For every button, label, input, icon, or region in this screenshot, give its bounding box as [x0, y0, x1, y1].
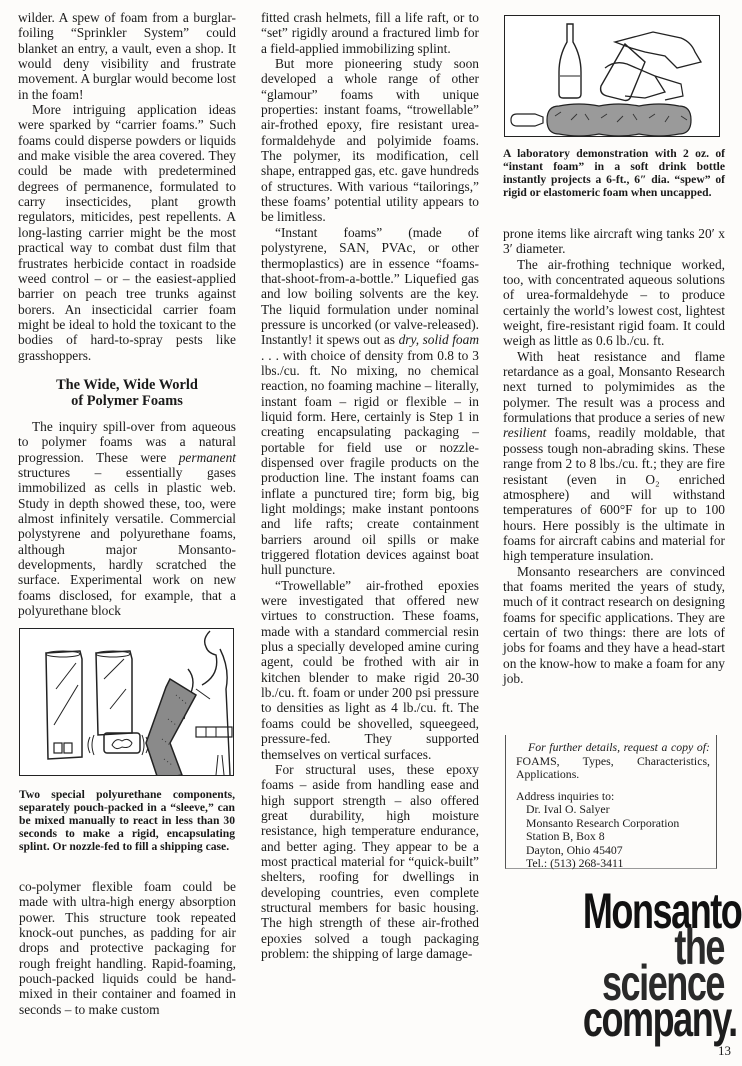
paragraph: The inquiry spill-over from aqueous to p… — [18, 419, 236, 618]
address-line: Tel.: (513) 268-3411 — [516, 857, 710, 871]
emphasis: permanent — [179, 450, 236, 465]
paragraph: With heat resistance and flame retardanc… — [503, 349, 725, 564]
figure-caption: Two special polyurethane components, sep… — [19, 789, 235, 854]
emphasis: dry, solid foam — [399, 332, 479, 347]
further-details-box: For further details, request a copy of: … — [505, 735, 717, 869]
column-3: prone items like aircraft wing tanks 20′… — [503, 226, 725, 686]
address-line: Monsanto Research Corporation — [516, 817, 710, 831]
paragraph: Monsanto researchers are convinced that … — [503, 564, 725, 687]
figure-splint-illustration — [19, 628, 234, 776]
heading-line-1: The Wide, Wide World — [56, 377, 198, 393]
paragraph: But more pioneering study soon developed… — [261, 56, 479, 225]
text: structures – essentially gases immobiliz… — [18, 465, 236, 618]
paragraph: fitted crash helmets, fill a life raft, … — [261, 10, 479, 56]
figure-instant-foam-bottle — [504, 15, 720, 137]
request-copy-text: For further details, request a copy of: … — [516, 741, 710, 782]
emphasis: resilient — [503, 425, 546, 440]
address-line: Dr. Ival O. Salyer — [516, 803, 710, 817]
address-label: Address inquiries to: — [516, 790, 710, 804]
column-2: fitted crash helmets, fill a life raft, … — [261, 10, 479, 961]
paragraph: The air-frothing technique worked, too, … — [503, 257, 725, 349]
paragraph: co-polymer flexible foam could be made w… — [19, 879, 236, 1017]
paragraph: More intriguing application ideas were s… — [18, 102, 236, 363]
publication-title: FOAMS, Types, Characteristics, Applicati… — [516, 754, 710, 782]
text: With heat resistance and flame retardanc… — [503, 349, 725, 425]
section-heading: The Wide, Wide World of Polymer Foams — [18, 377, 236, 409]
splint-illustration-icon — [20, 629, 233, 775]
page-number: 13 — [718, 1043, 731, 1059]
paragraph: “Trowellable” air-frothed epoxies were i… — [261, 578, 479, 762]
paragraph: “Instant foams” (made of polystyrene, SA… — [261, 225, 479, 578]
monsanto-logo: Monsanto the science company. — [583, 893, 724, 1037]
figure-caption: A laboratory demonstration with 2 oz. of… — [503, 148, 725, 200]
paragraph: prone items like aircraft wing tanks 20′… — [503, 226, 725, 257]
text: foams, readily moldable, that possess to… — [503, 425, 725, 563]
text: . . . with choice of density from 0.8 to… — [261, 348, 479, 578]
logo-line-3: company. — [583, 1001, 724, 1037]
column-1: wilder. A spew of foam from a burglar-fo… — [18, 10, 236, 618]
heading-line-2: of Polymer Foams — [71, 393, 183, 409]
address-line: Station B, Box 8 — [516, 830, 710, 844]
foam-bottle-illustration-icon — [505, 16, 719, 136]
paragraph: wilder. A spew of foam from a burglar-fo… — [18, 10, 236, 102]
request-emphasis: For further details, request a copy of: — [528, 740, 710, 754]
column-1-continued: co-polymer flexible foam could be made w… — [19, 879, 236, 1017]
address-line: Dayton, Ohio 45407 — [516, 844, 710, 858]
paragraph: For structural uses, these epoxy foams –… — [261, 762, 479, 961]
text: “Instant foams” (made of polystyrene, SA… — [261, 225, 479, 347]
